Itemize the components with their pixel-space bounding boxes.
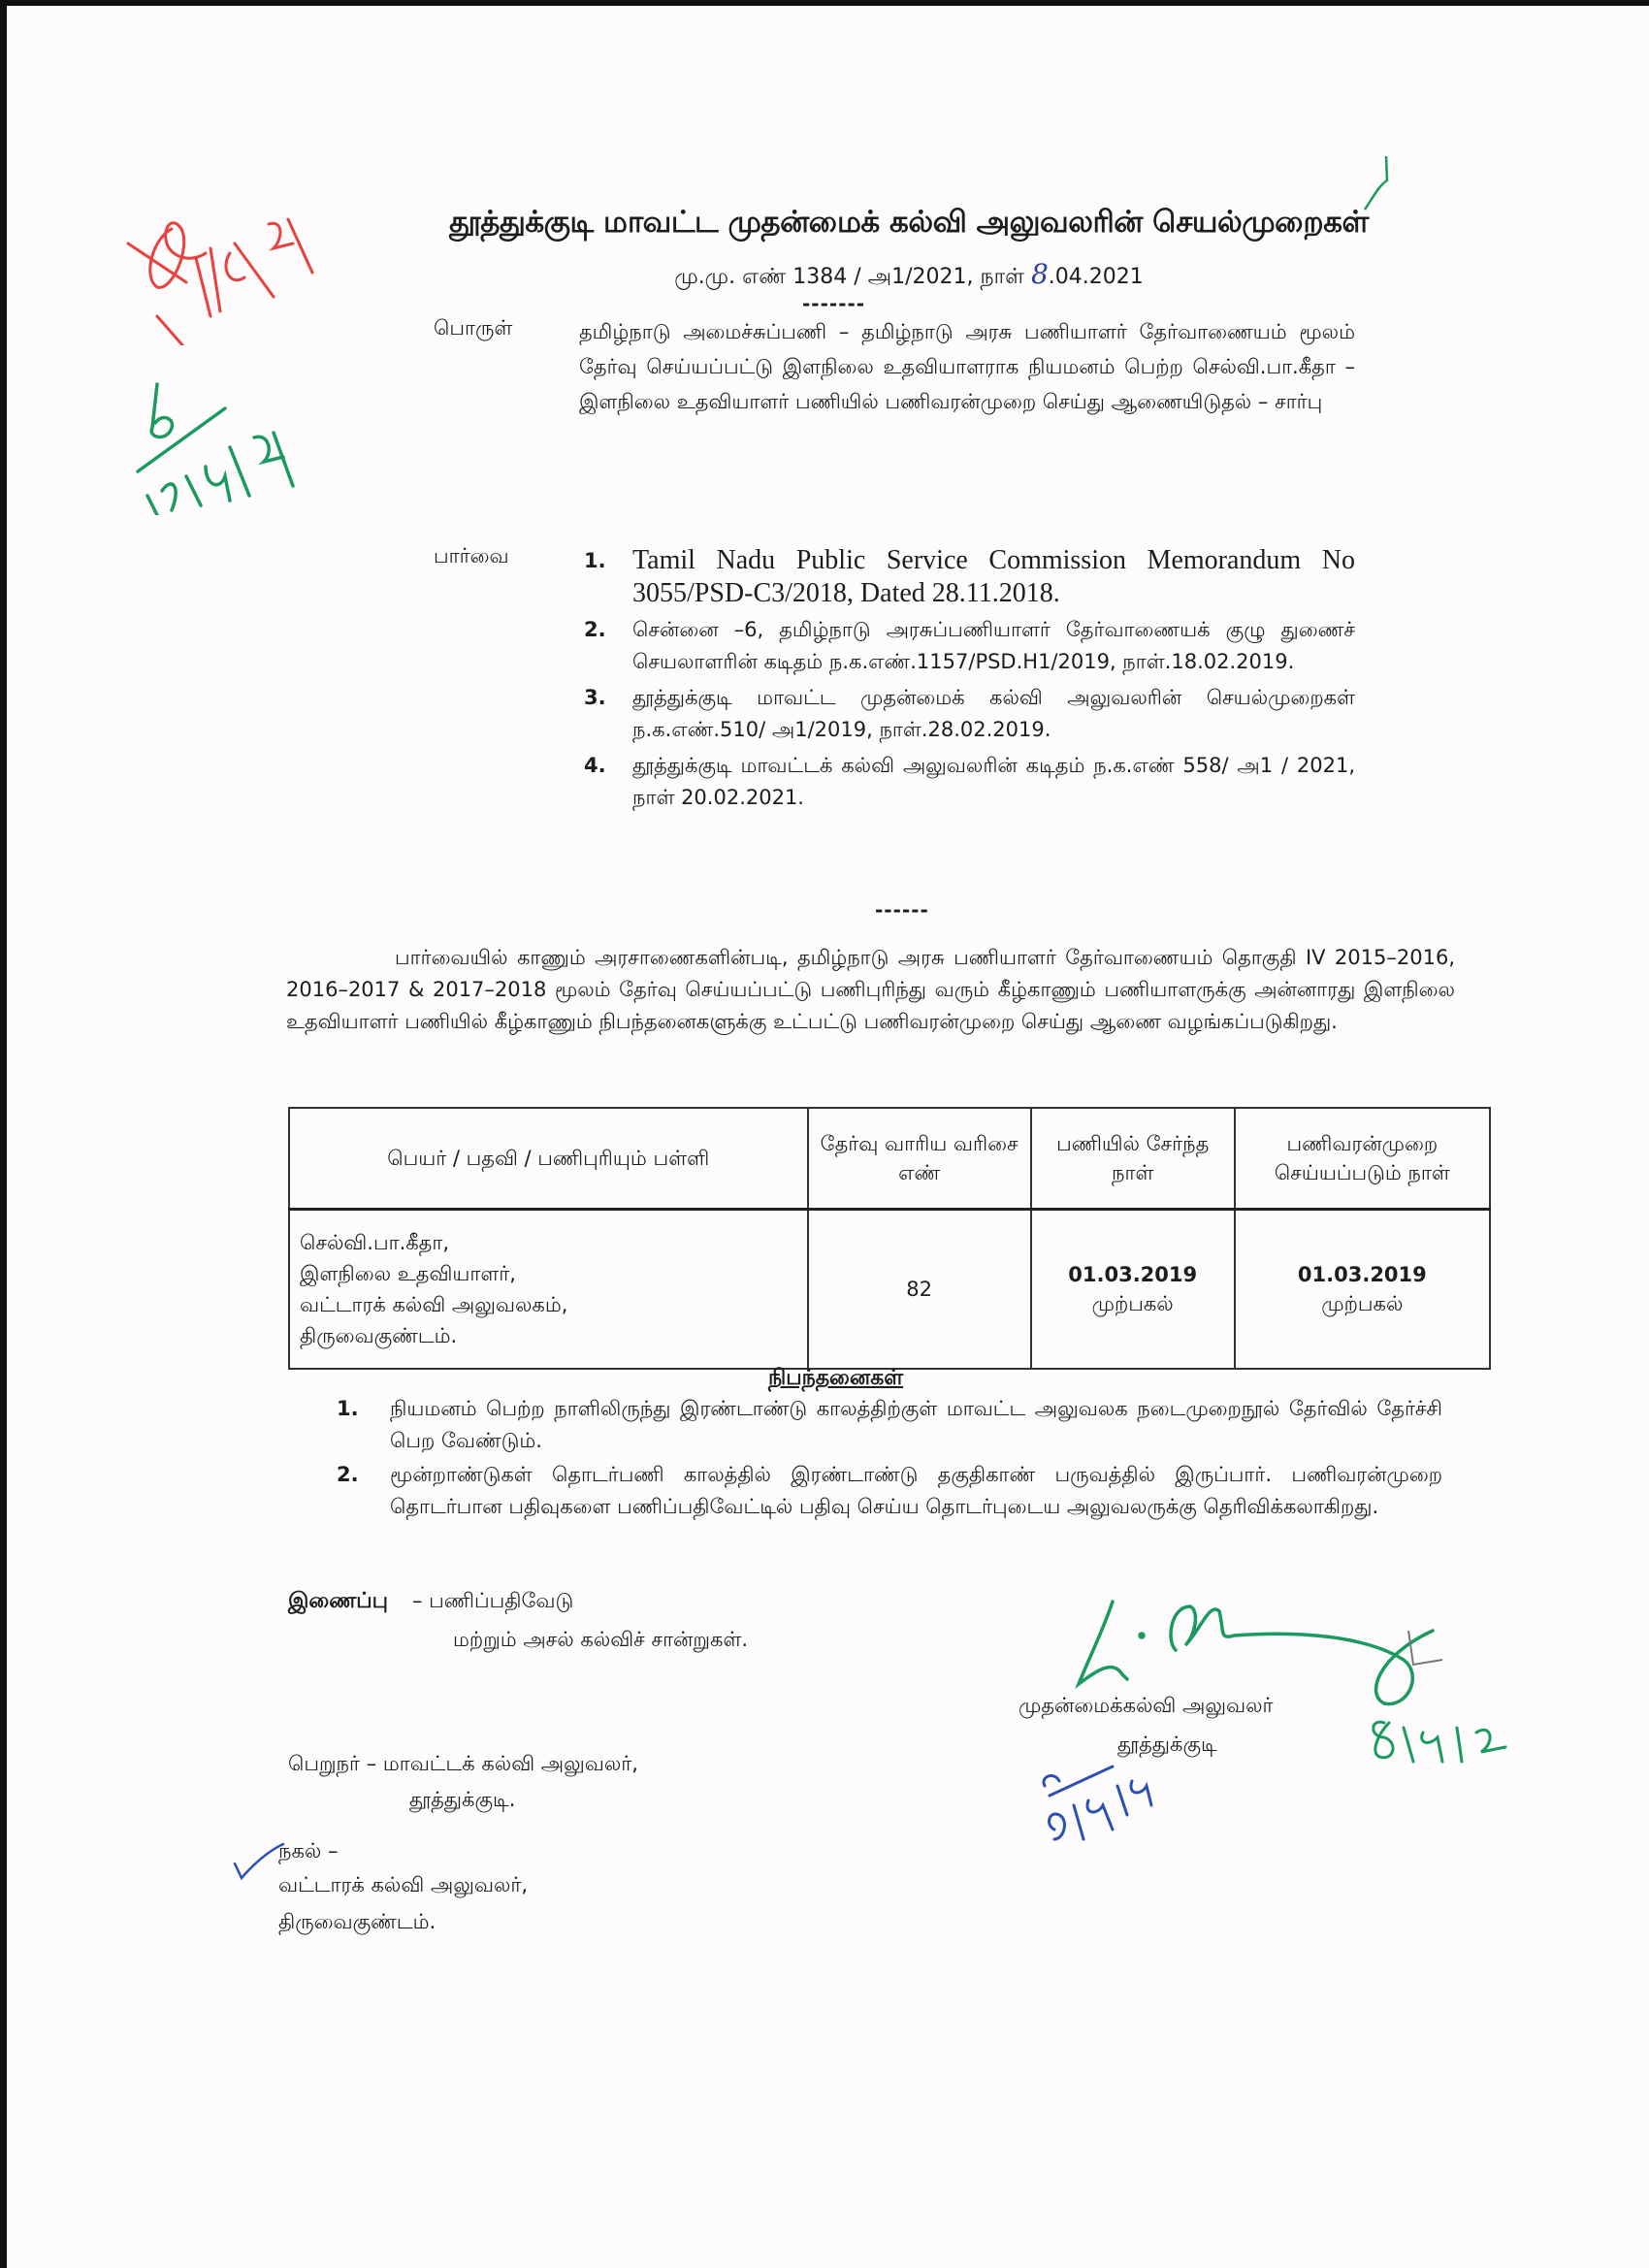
reference-text: Tamil Nadu Public Service Commission Mem… [632, 545, 1355, 608]
header-joined-date: பணியில் சேர்ந்த நாள் [1031, 1108, 1235, 1210]
employee-office: வட்டாரக் கல்வி அலுவலகம், [300, 1289, 806, 1320]
conditions-heading: நிபந்தனைகள் [768, 1366, 903, 1393]
reference-date-suffix: .04.2021 [1049, 265, 1144, 289]
condition-number: 1. [337, 1393, 359, 1425]
header-regularized-date: பணிவரன்முறை செய்யப்படும் நாள் [1235, 1108, 1490, 1210]
condition-item: 2.மூன்றாண்டுகள் தொடர்பணி காலத்தில் இரண்ட… [337, 1459, 1442, 1523]
condition-number: 2. [337, 1459, 359, 1491]
recipient-line-2: தூத்துக்குடி. [409, 1788, 515, 1814]
enclosure-label: இணைப்பு [288, 1589, 388, 1616]
joined-session: முற்பகல் [1033, 1289, 1233, 1318]
conditions-list: 1.நியமனம் பெற்ற நாளிலிருந்து இரண்டாண்டு … [337, 1393, 1442, 1525]
tick-mark-top-right [1360, 151, 1399, 219]
checkmark-icon [230, 1839, 288, 1888]
regularized-date: 01.03.2019 [1237, 1260, 1488, 1289]
reference-number-label: 1. [584, 544, 606, 577]
reference-item: 2.சென்னை –6, தமிழ்நாடு அரசுப்பணியாளர் தே… [579, 614, 1355, 678]
employee-details: செல்வி.பா.கீதா, இளநிலை உதவியாளர், வட்டார… [289, 1210, 808, 1370]
recipient-line-1: பெறுநர் – மாவட்டக் கல்வி அலுவலர், [288, 1752, 638, 1778]
copy-line-1: வட்டாரக் கல்வி அலுவலர், [278, 1873, 528, 1899]
reference-text: தூத்துக்குடி மாவட்டக் கல்வி அலுவலரின் கட… [632, 754, 1355, 809]
employee-designation: இளநிலை உதவியாளர், [300, 1258, 806, 1289]
blue-initial-annotation [1030, 1747, 1156, 1854]
joined-date: 01.03.2019 [1033, 1260, 1233, 1289]
reference-number-label: 4. [584, 750, 606, 782]
table-header-row: பெயர் / பதவி / பணிபுரியும் பள்ளி தேர்வு … [289, 1108, 1490, 1210]
red-initial-annotation [113, 200, 317, 345]
green-initial-annotation [128, 379, 303, 515]
reference-number-label: 3. [584, 682, 606, 714]
condition-item: 1.நியமனம் பெற்ற நாளிலிருந்து இரண்டாண்டு … [337, 1393, 1442, 1457]
reference-text: சென்னை –6, தமிழ்நாடு அரசுப்பணியாளர் தேர்… [632, 618, 1355, 673]
reference-number: மு.மு. எண் 1384 / அ1/2021, நாள் 8.04.202… [395, 258, 1423, 292]
rank-number: 82 [808, 1210, 1031, 1370]
references-list: 1.Tamil Nadu Public Service Commission M… [579, 544, 1355, 818]
reference-item: 3.தூத்துக்குடி மாவட்ட முதன்மைக் கல்வி அல… [579, 682, 1355, 746]
header-separator: ------- [802, 292, 865, 315]
handwritten-date-day: 8 [1031, 258, 1049, 290]
reference-item: 4.தூத்துக்குடி மாவட்டக் கல்வி அலுவலரின் … [579, 750, 1355, 814]
reference-number-label: 2. [584, 614, 606, 646]
document-title: தூத்துக்குடி மாவட்ட முதன்மைக் கல்வி அலுவ… [395, 205, 1423, 243]
header-rank: தேர்வு வாரிய வரிசை எண் [808, 1108, 1031, 1210]
copy-line-2: திருவைகுண்டம். [278, 1910, 436, 1936]
regularized-session: முற்பகல் [1237, 1289, 1488, 1318]
enclosure-line-2: மற்றும் அசல் கல்விச் சான்றுகள். [453, 1628, 748, 1654]
employee-name: செல்வி.பா.கீதா, [300, 1227, 806, 1258]
regularization-table: பெயர் / பதவி / பணிபுரியும் பள்ளி தேர்வு … [288, 1107, 1491, 1370]
signature-date-annotation [1365, 1708, 1520, 1766]
condition-text: நியமனம் பெற்ற நாளிலிருந்து இரண்டாண்டு கா… [390, 1397, 1442, 1452]
subject-label: பொருள் [434, 316, 512, 342]
reference-item: 1.Tamil Nadu Public Service Commission M… [579, 544, 1355, 610]
reference-text: தூத்துக்குடி மாவட்ட முதன்மைக் கல்வி அலுவ… [632, 686, 1355, 741]
employee-location: திருவைகுண்டம். [300, 1320, 806, 1351]
references-separator: ------ [875, 898, 929, 922]
enclosure-line-1: – பணிப்பதிவேடு [412, 1589, 573, 1615]
joined-date-cell: 01.03.2019 முற்பகல் [1031, 1210, 1235, 1370]
table-row: செல்வி.பா.கீதா, இளநிலை உதவியாளர், வட்டார… [289, 1210, 1490, 1370]
subject-text: தமிழ்நாடு அமைச்சுப்பணி – தமிழ்நாடு அரசு … [579, 314, 1355, 419]
header-name: பெயர் / பதவி / பணிபுரியும் பள்ளி [289, 1108, 808, 1210]
references-label: பார்வை [434, 544, 509, 570]
signature [1074, 1592, 1481, 1708]
condition-text: மூன்றாண்டுகள் தொடர்பணி காலத்தில் இரண்டாண… [390, 1463, 1442, 1518]
body-paragraph: பார்வையில் காணும் அரசாணைகளின்படி, தமிழ்ந… [286, 942, 1455, 1038]
reference-prefix: மு.மு. எண் 1384 / அ1/2021, நாள் [674, 265, 1031, 289]
regularized-date-cell: 01.03.2019 முற்பகல் [1235, 1210, 1490, 1370]
